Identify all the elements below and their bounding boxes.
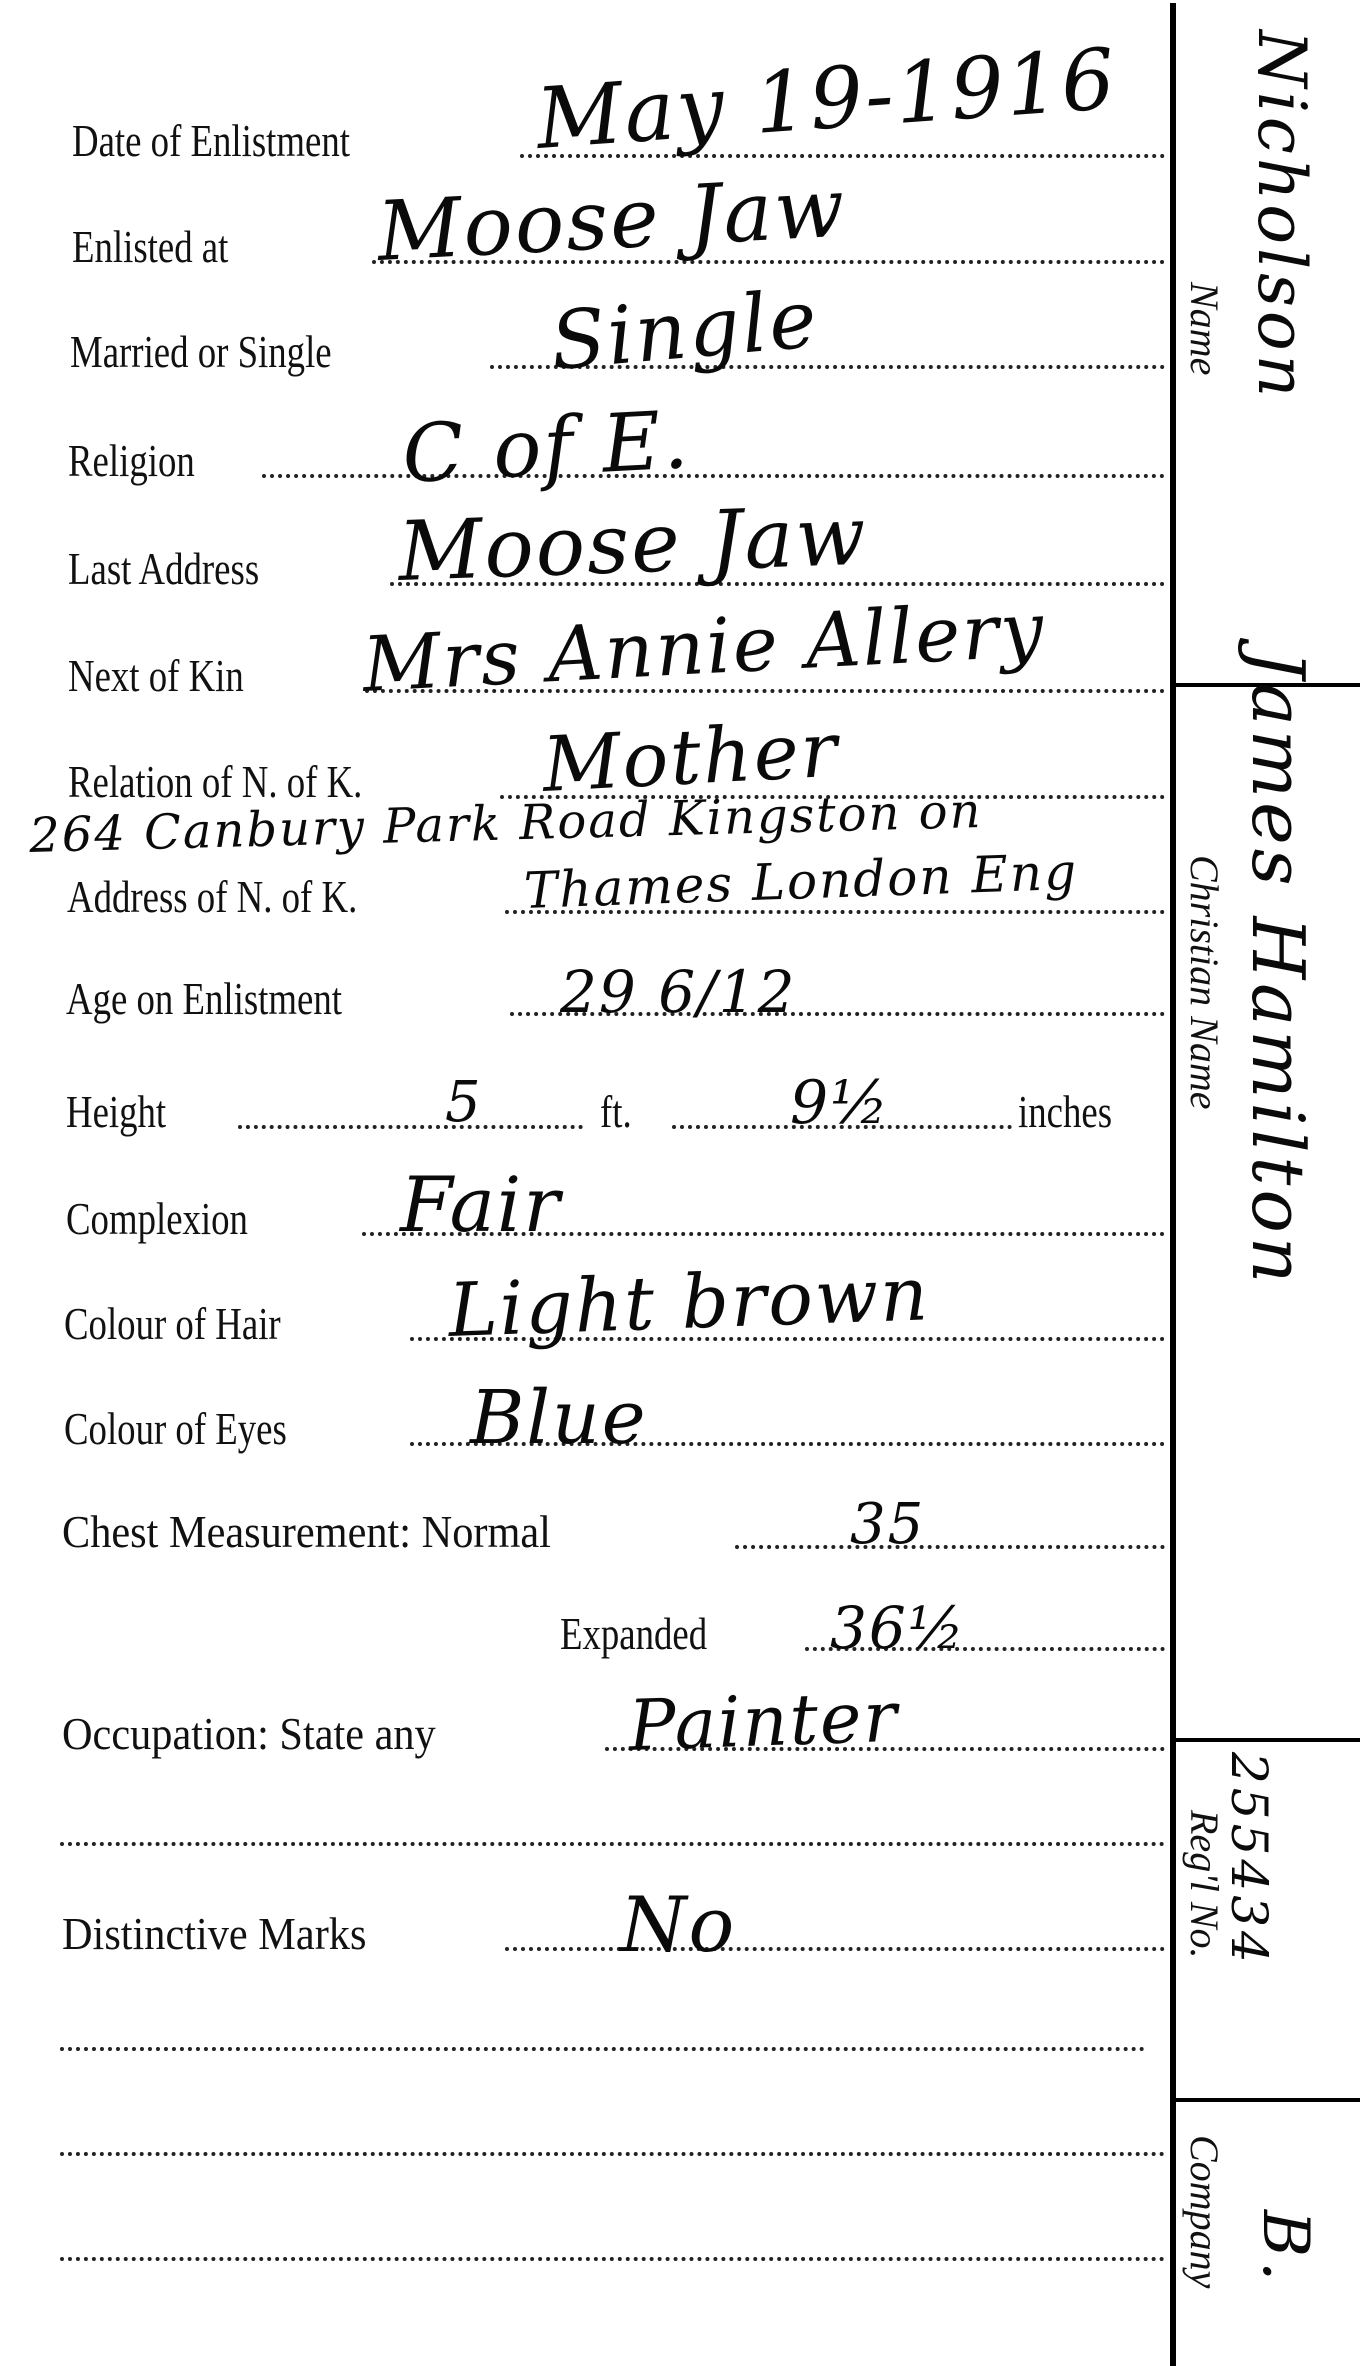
field-label: Expanded <box>560 1611 707 1657</box>
field-chest-expanded: Expanded <box>0 1597 1165 1657</box>
feet-unit-label: ft. <box>600 1089 632 1135</box>
panel-divider-regt-no <box>1176 2098 1360 2102</box>
field-complexion: Complexion <box>0 1182 1165 1242</box>
company-label: Company <box>1181 2135 1228 2288</box>
panel-divider-vertical <box>1170 3 1176 2366</box>
field-value-height-inches: 9½ <box>790 1068 890 1138</box>
regt-no-value: 255434 <box>1220 1752 1278 1967</box>
dotted-line <box>735 1545 1165 1549</box>
field-label: Age on Enlistment <box>66 976 342 1022</box>
field-label: Complexion <box>66 1196 248 1242</box>
field-value-colour-of-hair: Light brown <box>447 1251 931 1354</box>
panel-divider-christian-name <box>1176 1738 1360 1742</box>
field-value-chest-expanded: 36½ <box>830 1594 966 1662</box>
name-label: Name <box>1181 282 1228 375</box>
field-value-complexion: Fair <box>400 1160 562 1249</box>
company-value: B. <box>1248 2210 1322 2285</box>
field-label: Colour of Eyes <box>64 1406 287 1452</box>
field-label: Married or Single <box>70 329 332 375</box>
field-value-occupation: Painter <box>627 1676 900 1767</box>
field-value-age-on-enlistment: 29 6/12 <box>560 958 796 1026</box>
field-label: Colour of Hair <box>64 1301 281 1347</box>
field-value-distinctive-marks: No <box>620 1880 736 1969</box>
field-distinctive-marks: Distinctive Marks <box>0 1897 1165 1957</box>
christian-name-label: Christian Name <box>1181 855 1228 1109</box>
field-value-height-feet: 5 <box>445 1070 483 1135</box>
occupation-continuation-line <box>0 1792 1165 1852</box>
field-label: Next of Kin <box>68 653 244 699</box>
field-value-last-address: Moose Jaw <box>397 489 869 600</box>
christian-name-value: James Hamilton <box>1236 650 1320 1287</box>
field-height: Height ft. inches <box>0 1075 1165 1135</box>
field-label: Relation of N. of K. <box>68 759 362 805</box>
field-label: Religion <box>68 438 195 484</box>
dotted-line <box>262 474 1165 478</box>
field-chest-normal: Chest Measurement: Normal <box>0 1495 1165 1555</box>
field-value-religion: C of E. <box>400 393 692 501</box>
field-label: Distinctive Marks <box>62 1911 366 1957</box>
dotted-line <box>60 2047 1145 2051</box>
dotted-line <box>60 2152 1165 2156</box>
field-label: Enlisted at <box>72 224 228 270</box>
name-value: Nicholson <box>1243 30 1320 401</box>
field-label: Address of N. of K. <box>67 874 357 920</box>
dotted-line <box>238 1125 583 1129</box>
dotted-line <box>60 2257 1165 2261</box>
field-label: Date of Enlistment <box>72 118 350 164</box>
field-label: Occupation: State any <box>62 1711 436 1757</box>
dotted-line <box>505 1947 1165 1951</box>
inches-unit-label: inches <box>1018 1089 1112 1135</box>
field-value-colour-of-eyes: Blue <box>470 1375 648 1461</box>
dotted-line <box>60 1842 1165 1846</box>
distinctive-marks-line-3 <box>0 2102 1165 2162</box>
field-label: Height <box>66 1089 166 1135</box>
field-occupation: Occupation: State any <box>0 1697 1165 1757</box>
attestation-card: Date of Enlistment May 19-1916 Enlisted … <box>0 0 1370 2366</box>
field-label: Last Address <box>68 546 259 592</box>
field-value-chest-normal: 35 <box>850 1492 925 1557</box>
distinctive-marks-line-2 <box>0 1997 1165 2057</box>
distinctive-marks-line-4 <box>0 2207 1165 2267</box>
field-label: Chest Measurement: Normal <box>62 1509 551 1555</box>
